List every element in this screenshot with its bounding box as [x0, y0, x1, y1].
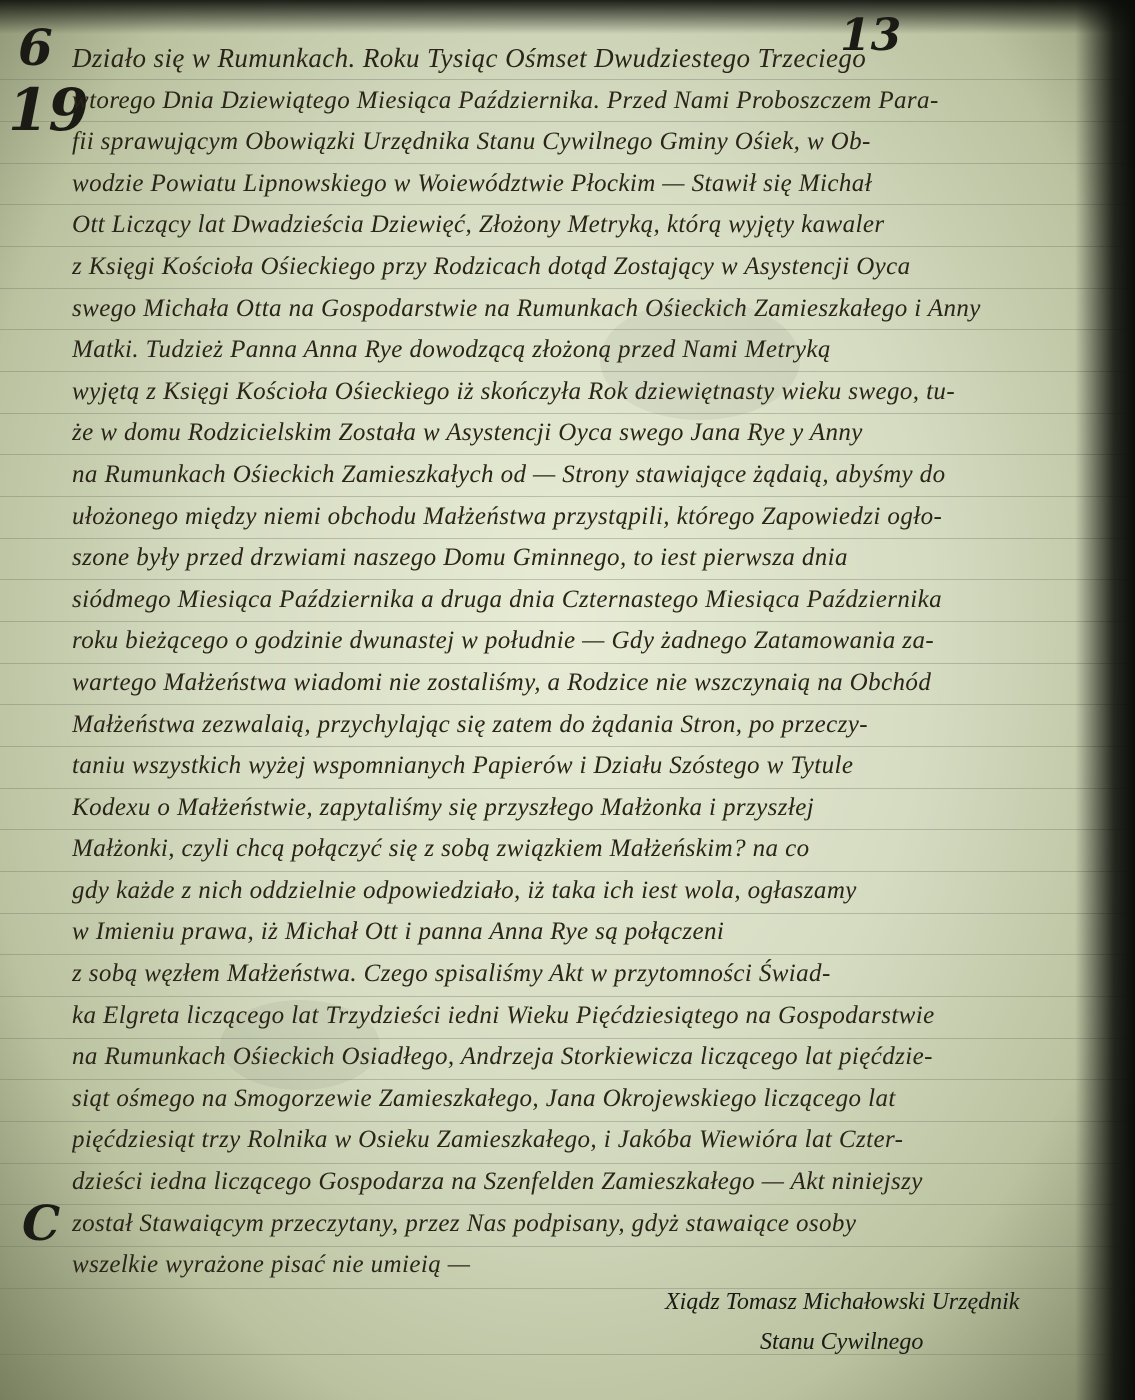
text-line: wszelkie wyrażone pisać nie umieią — [72, 1244, 1107, 1286]
text-line: Działo się w Rumunkach. Roku Tysiąc Ośms… [72, 38, 1107, 80]
text-line: Małżeństwa zezwalaią, przychylając się z… [72, 704, 1107, 746]
text-line: wyjętą z Księgi Kościoła Ośieckiego iż s… [72, 371, 1107, 413]
margin-lower-mark: C [22, 1196, 60, 1252]
text-line: że w domu Rodzicielskim Została w Asyste… [72, 412, 1107, 454]
text-line: swego Michała Otta na Gospodarstwie na R… [72, 288, 1107, 330]
text-line: szone były przed drzwiami naszego Domu G… [72, 537, 1107, 579]
text-line: Kodexu o Małżeństwie, zapytaliśmy się pr… [72, 787, 1107, 829]
text-line: pięćdziesiąt trzy Rolnika w Osieku Zamie… [72, 1119, 1107, 1161]
text-line: ka Elgreta liczącego lat Trzydzieści ied… [72, 995, 1107, 1037]
text-line: wartego Małżeństwa wiadomi nie zostaliśm… [72, 662, 1107, 704]
record-text: Działo się w Rumunkach. Roku Tysiąc Ośms… [72, 38, 1107, 1286]
text-line: Ott Liczący lat Dwadzieścia Dziewięć, Zł… [72, 204, 1107, 246]
text-line: siódmego Miesiąca Października a druga d… [72, 579, 1107, 621]
text-line: Matki. Tudzież Panna Anna Rye dowodzącą … [72, 329, 1107, 371]
document-page: 6 19 C 13 Działo się w Rumunkach. Roku T… [0, 0, 1135, 1400]
text-line: w Imieniu prawa, iż Michał Ott i panna A… [72, 911, 1107, 953]
text-line: na Rumunkach Ośieckich Osiadłego, Andrze… [72, 1036, 1107, 1078]
text-line: dzieści iedna liczącego Gospodarza na Sz… [72, 1161, 1107, 1203]
margin-entry-number: 6 [18, 18, 53, 77]
signature-title: Stanu Cywilnego [665, 1322, 1125, 1362]
text-line: został Stawaiącym przeczytany, przez Nas… [72, 1203, 1107, 1245]
text-line: wtorego Dnia Dziewiątego Miesiąca Paździ… [72, 80, 1107, 122]
signature-name: Xiądz Tomasz Michałowski Urzędnik [665, 1282, 1125, 1322]
text-line: wodzie Powiatu Lipnowskiego w Woiewództw… [72, 163, 1107, 205]
text-line: z sobą węzłem Małżeństwa. Czego spisaliś… [72, 953, 1107, 995]
text-line: gdy każde z nich oddzielnie odpowiedział… [72, 870, 1107, 912]
text-line: ułożonego między niemi obchodu Małżeństw… [72, 496, 1107, 538]
text-line: fii sprawującym Obowiązki Urzędnika Stan… [72, 121, 1107, 163]
text-line: siąt ośmego na Smogorzewie Zamieszkałego… [72, 1078, 1107, 1120]
text-line: na Rumunkach Ośieckich Zamieszkałych od … [72, 454, 1107, 496]
text-line: Małżonki, czyli chcą połączyć się z sobą… [72, 828, 1107, 870]
text-line: taniu wszystkich wyżej wspomnianych Papi… [72, 745, 1107, 787]
text-line: z Księgi Kościoła Ośieckiego przy Rodzic… [72, 246, 1107, 288]
official-signature: Xiądz Tomasz Michałowski Urzędnik Stanu … [665, 1282, 1125, 1362]
text-line: roku bieżącego o godzinie dwunastej w po… [72, 620, 1107, 662]
